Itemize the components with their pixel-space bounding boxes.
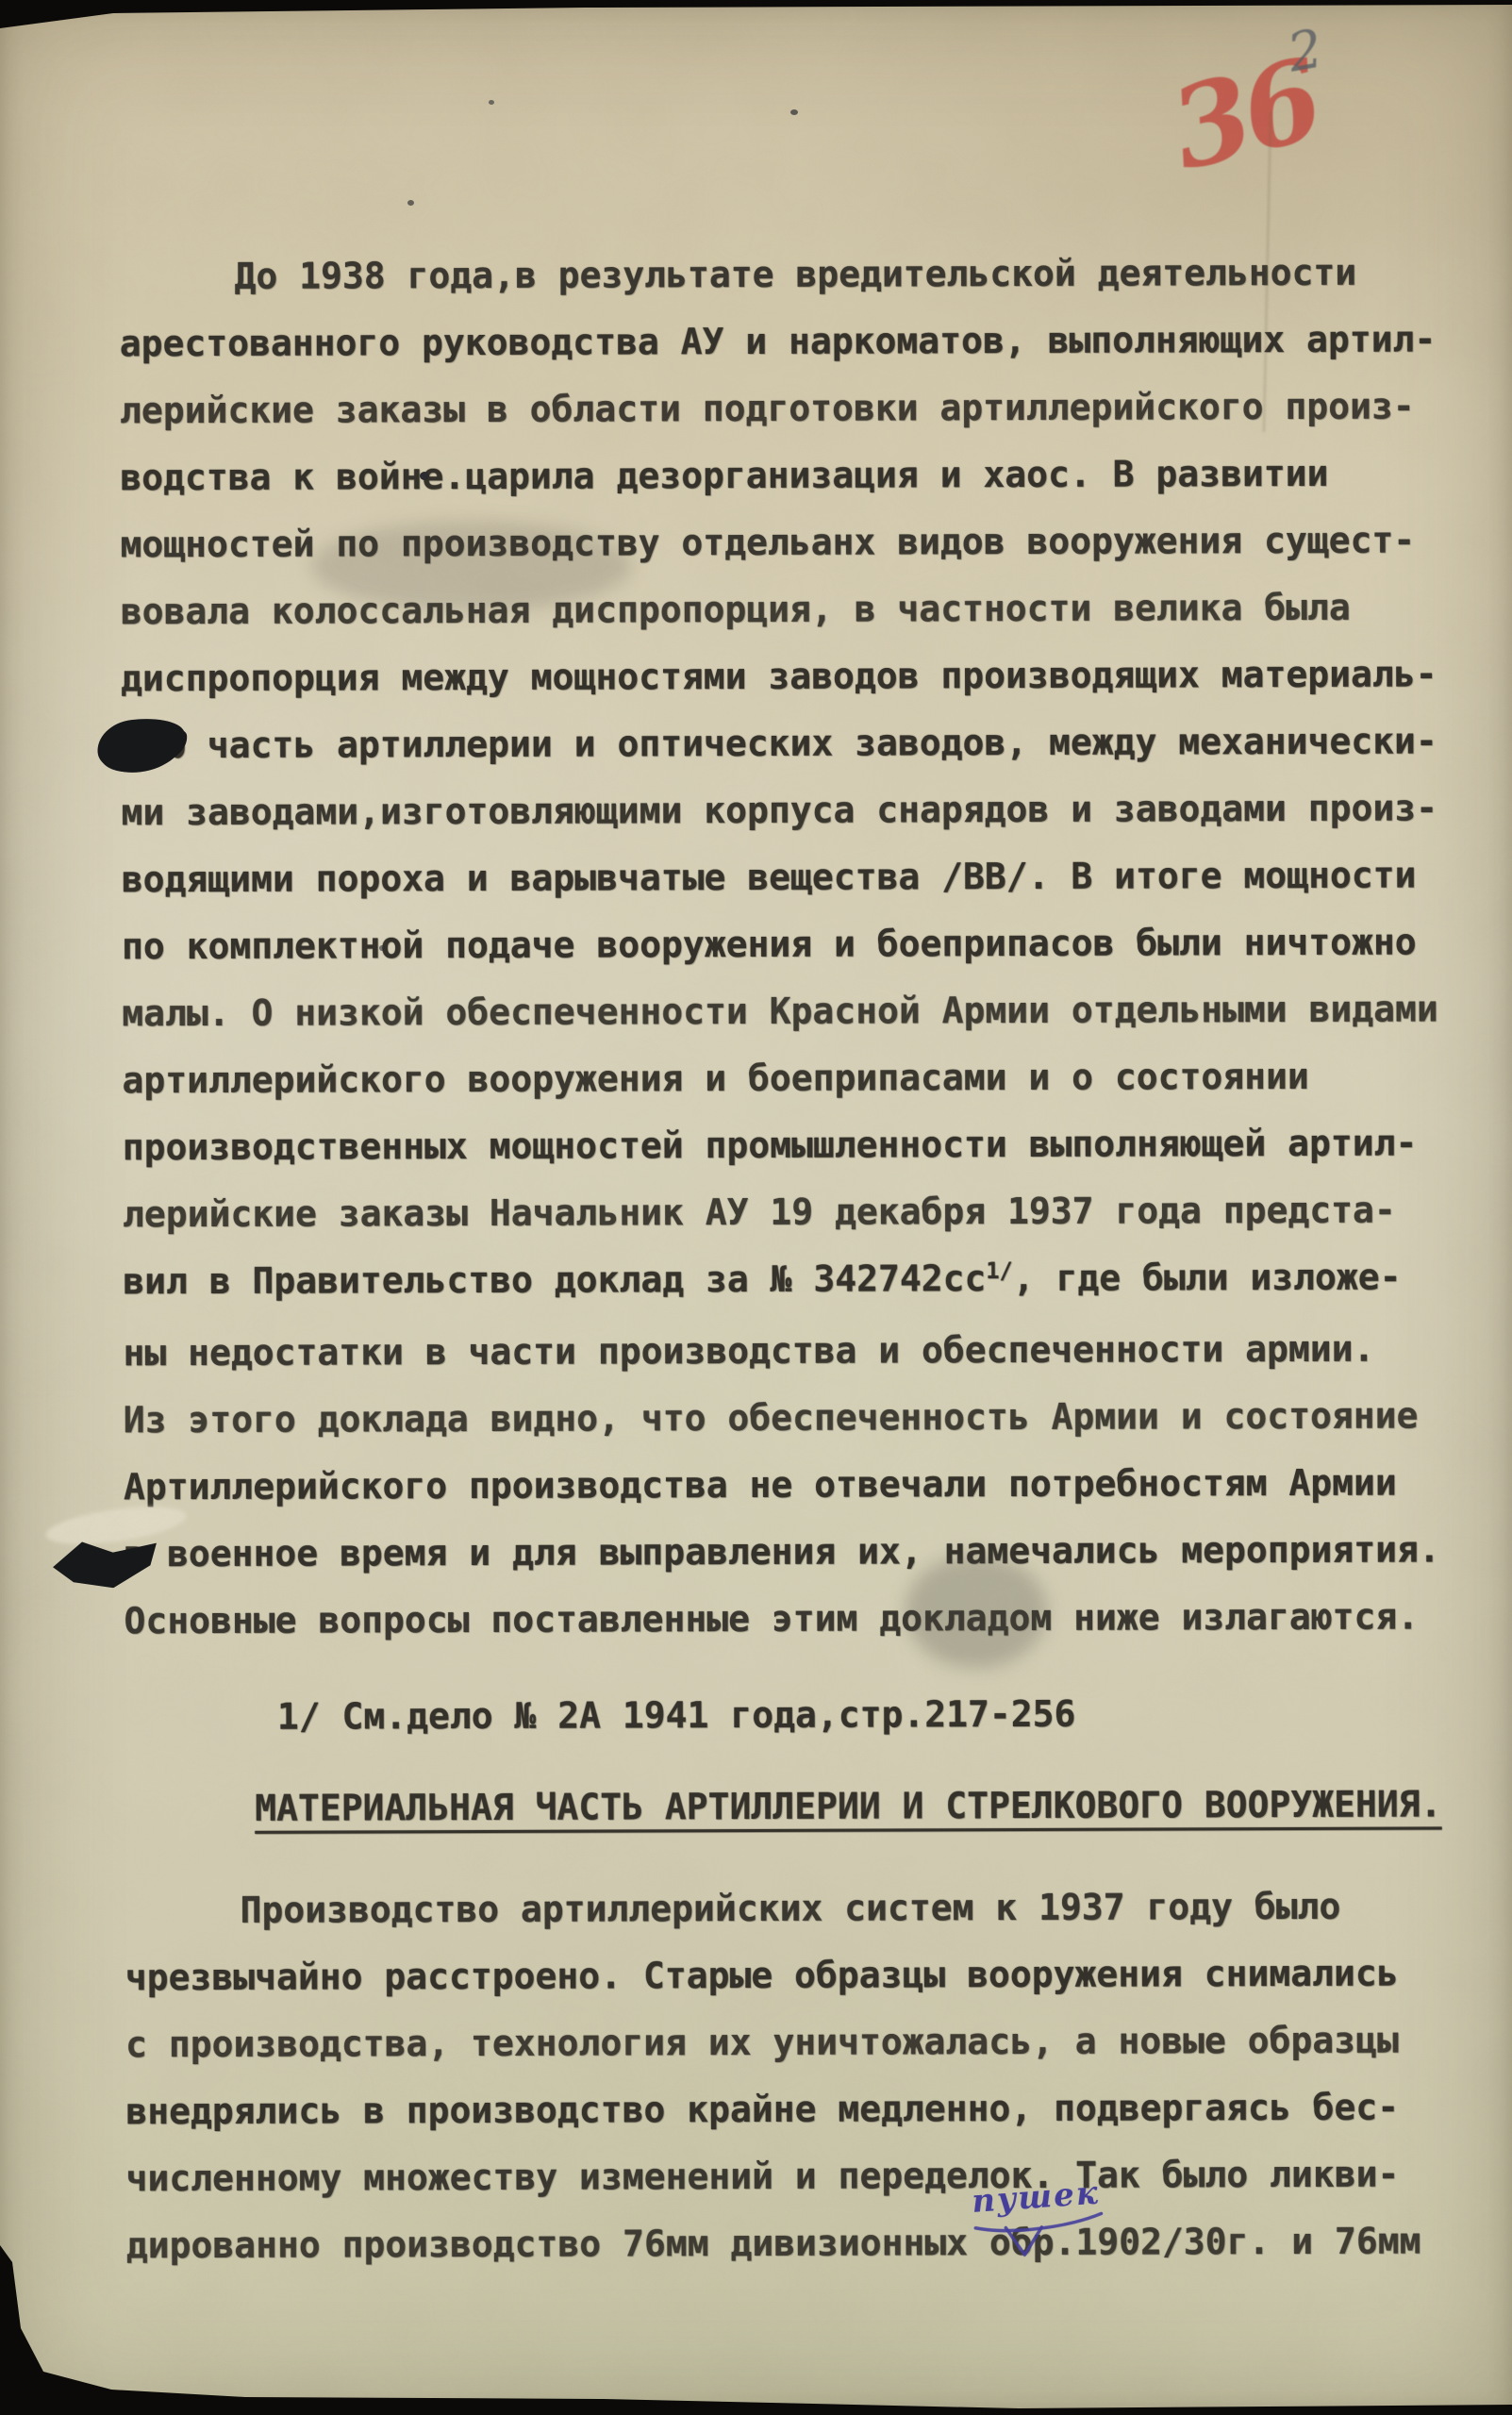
footnote-reference: 1/ См.дело № 2А 1941 года,стр.217-256 xyxy=(277,1681,1076,1751)
typewritten-line: дированно производство 76мм дивизионных … xyxy=(126,2208,1421,2280)
typewritten-line: Артиллерийского производства не отвечали… xyxy=(124,1449,1440,1521)
typewritten-line: артиллерийского вооружения и боеприпасам… xyxy=(122,1042,1438,1114)
ink-speck xyxy=(407,200,414,206)
typewritten-line: До 1938 года,в результате вредительской … xyxy=(119,239,1436,310)
typewritten-paragraph-2: Производство артиллерийских систем к 193… xyxy=(125,1874,1421,2280)
typewritten-line: арестованного руководства АУ и наркомато… xyxy=(120,306,1437,377)
paper-sheet: До 1938 года,в результате вредительской … xyxy=(0,0,1512,2415)
typewritten-line: диспропорция между мощностями заводов пр… xyxy=(121,641,1437,712)
typewritten-line: водящими пороха и варывчатые вещества /В… xyxy=(122,841,1438,913)
typewritten-line: ны недостатки в части производства и обе… xyxy=(123,1315,1439,1387)
section-heading: МАТЕРИАЛЬНАЯ ЧАСТЬ АРТИЛЛЕРИИ И СТРЕЛКОВ… xyxy=(255,1771,1442,1841)
ink-speck xyxy=(790,109,798,115)
typewritten-line: водства к войне.царила дезорганизация и … xyxy=(120,440,1437,511)
ink-speck xyxy=(379,945,385,951)
typewritten-line: Производство артиллерийских систем к 193… xyxy=(125,1874,1420,1945)
typewritten-line: лерийские заказы в области подготовки ар… xyxy=(120,373,1437,444)
ink-speck xyxy=(420,472,429,480)
typewritten-line: лерийские заказы Начальник АУ 19 декабря… xyxy=(123,1176,1439,1248)
typewritten-line: вовала колоссальная диспропорция, в част… xyxy=(121,574,1437,645)
typewritten-text-layer: До 1938 года,в результате вредительской … xyxy=(0,0,1512,2415)
typewritten-line: вил в Правительство доклад за № 342742сс… xyxy=(123,1243,1439,1320)
ink-insertion-annotation: пушек xyxy=(971,2172,1137,2272)
typewritten-line: Из этого доклада видно, что обеспеченнос… xyxy=(124,1382,1440,1454)
typewritten-line: производственных мощностей промышленност… xyxy=(123,1109,1439,1181)
typewritten-line: численному множеству изменений и передел… xyxy=(125,2141,1421,2213)
typewritten-line: с производства, технология их уничтожала… xyxy=(125,2007,1421,2079)
typewritten-paragraph-1: До 1938 года,в результате вредительской … xyxy=(119,239,1440,1655)
typewritten-line: чрезвычайно расстроено. Старые образцы в… xyxy=(125,1940,1421,2012)
typewritten-line: по комплектной подаче вооружения и боепр… xyxy=(122,908,1438,980)
typewritten-line: внедрялись в производство крайне медленн… xyxy=(125,2074,1421,2146)
page-scan: { "document": { "page_number_pencil": "2… xyxy=(0,0,1512,2415)
typewritten-line: Основные вопросы поставленные этим докла… xyxy=(124,1583,1440,1655)
insertion-caret-icon xyxy=(973,2211,1108,2268)
typewritten-line: малы. О низкой обеспеченности Красной Ар… xyxy=(122,975,1438,1047)
ink-speck xyxy=(489,100,494,105)
typewritten-line: в военное время и для выправления их, на… xyxy=(124,1516,1440,1588)
typewritten-line: ную часть артиллерии и оптических заводо… xyxy=(121,708,1437,779)
typewritten-line: ми заводами,изготовляющими корпуса снаря… xyxy=(121,774,1437,846)
typewritten-line: мощностей по производству отдельанх видо… xyxy=(120,507,1437,578)
